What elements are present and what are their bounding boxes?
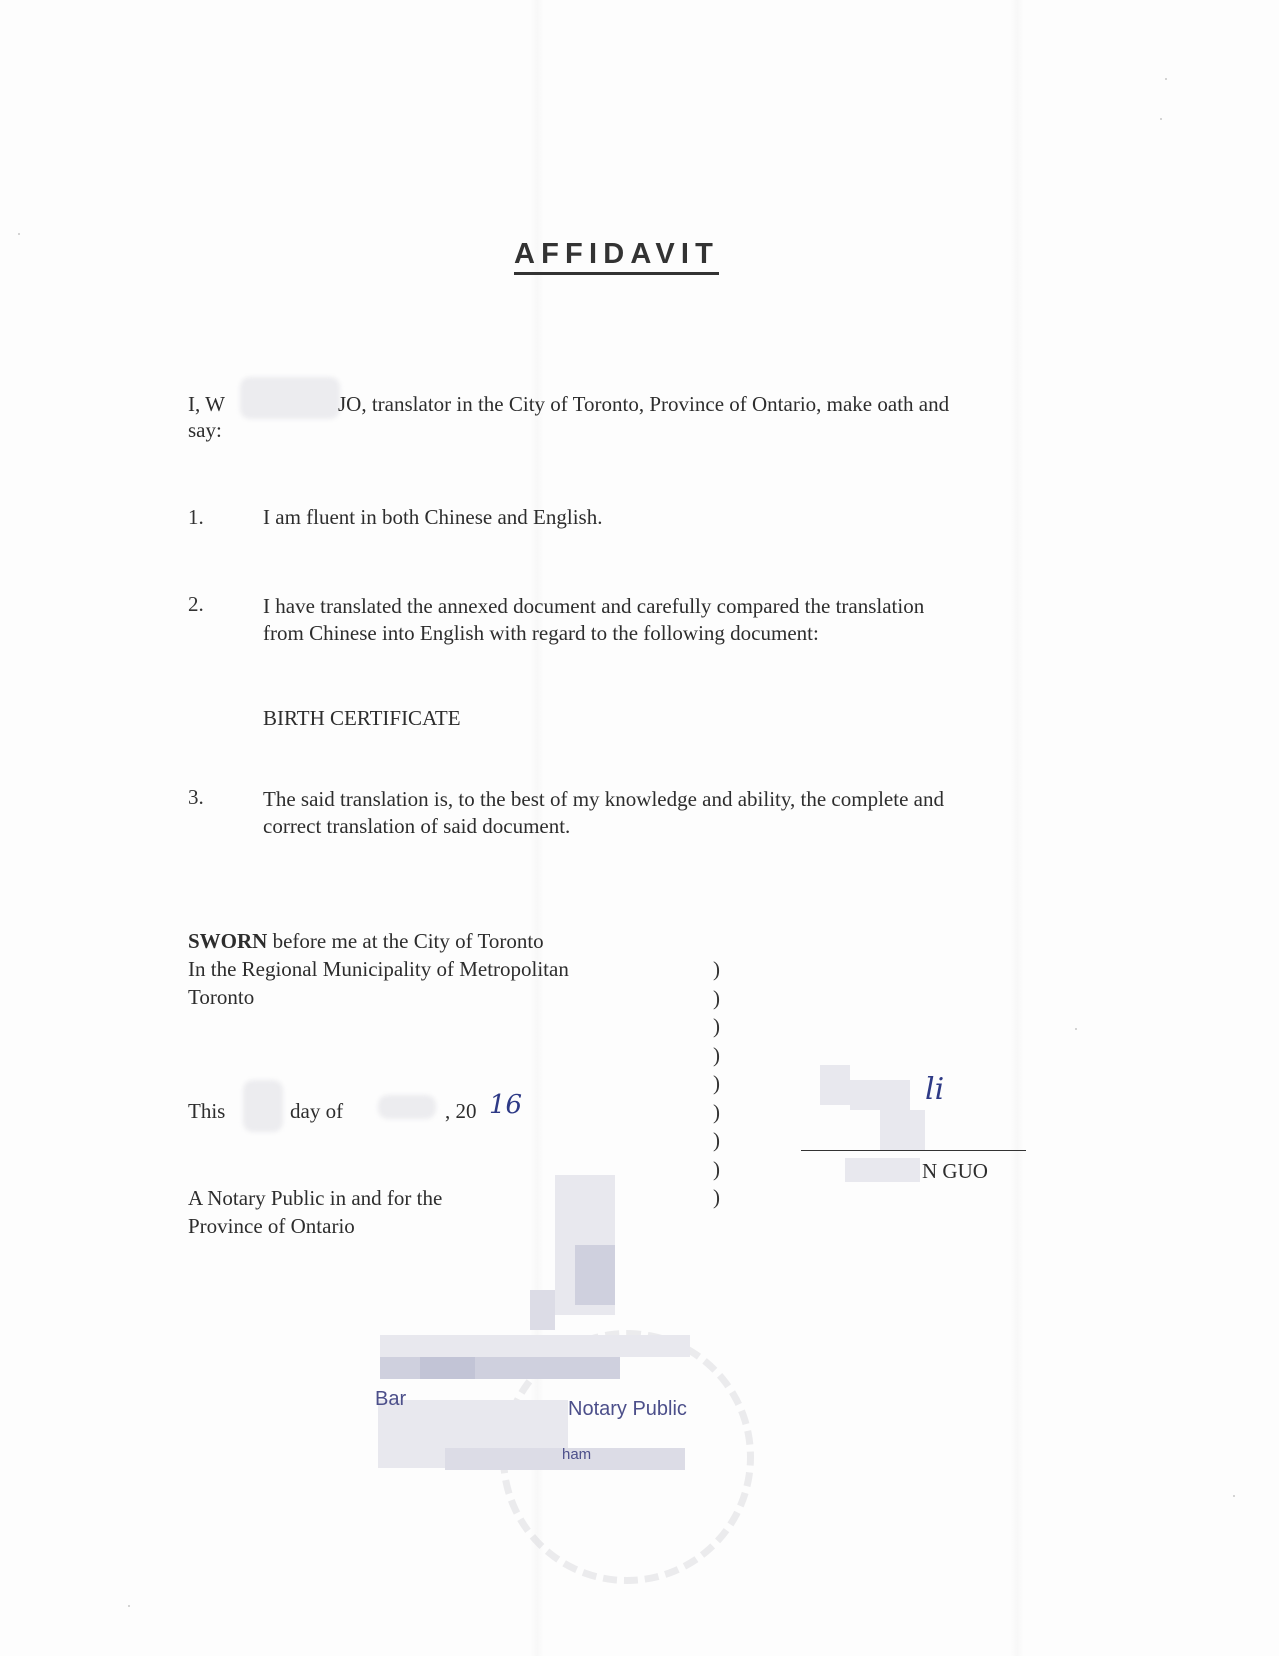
signer-name: N GUO xyxy=(922,1157,988,1185)
notary-line-1: A Notary Public in and for the xyxy=(188,1184,442,1212)
intro-continuation: say: xyxy=(188,416,222,444)
sworn-text: before me at the City of Toronto xyxy=(267,929,543,953)
affidavit-page: AFFIDAVIT I, W JO, translator in the Cit… xyxy=(0,0,1279,1656)
redacted-notary-signature xyxy=(530,1290,555,1330)
clause-text: The said translation is, to the best of … xyxy=(263,785,944,813)
jurat-parenthesis: ) xyxy=(713,1012,720,1040)
jurat-line-3: Toronto xyxy=(188,983,254,1011)
redacted-stamp-line xyxy=(380,1335,690,1357)
sworn-label: SWORN xyxy=(188,929,267,953)
handwritten-signature-fragment: li xyxy=(925,1072,944,1107)
redacted-signature xyxy=(880,1110,925,1150)
handwritten-year: 16 xyxy=(489,1090,522,1120)
scan-fold-mark xyxy=(1010,0,1024,1656)
redacted-translator-name xyxy=(240,377,340,419)
stamp-notary-public: Notary Public xyxy=(568,1398,687,1421)
clause-number: 3. xyxy=(188,783,204,811)
date-day-of: day of xyxy=(290,1097,343,1125)
intro-prefix: I, W xyxy=(188,390,225,418)
stamp-text-fragment: ham xyxy=(562,1446,591,1463)
clause-number: 2. xyxy=(188,590,204,618)
redacted-signature xyxy=(850,1080,910,1110)
scan-speck xyxy=(128,1605,130,1607)
redacted-notary-signature xyxy=(575,1245,615,1305)
redacted-signature xyxy=(820,1065,850,1105)
clause-text: I have translated the annexed document a… xyxy=(263,592,924,620)
jurat-parenthesis: ) xyxy=(713,1183,720,1211)
jurat-parenthesis: ) xyxy=(713,955,720,983)
redacted-stamp-line xyxy=(420,1357,475,1379)
date-this: This xyxy=(188,1097,225,1125)
redacted-month xyxy=(378,1095,436,1119)
signature-line xyxy=(801,1150,1026,1151)
translated-document-name: BIRTH CERTIFICATE xyxy=(263,704,461,732)
date-year-prefix: , 20 xyxy=(445,1097,477,1125)
clause-text: I am fluent in both Chinese and English. xyxy=(263,503,602,531)
clause-number: 1. xyxy=(188,503,204,531)
jurat-parenthesis: ) xyxy=(713,1126,720,1154)
clause-text: correct translation of said document. xyxy=(263,812,570,840)
stamp-text-fragment: Bar xyxy=(375,1388,406,1411)
jurat-parenthesis: ) xyxy=(713,1069,720,1097)
jurat-parenthesis: ) xyxy=(713,1155,720,1183)
jurat-parenthesis: ) xyxy=(713,1098,720,1126)
jurat-line-2: In the Regional Municipality of Metropol… xyxy=(188,955,569,983)
clause-text: from Chinese into English with regard to… xyxy=(263,619,819,647)
jurat-line-1: SWORN before me at the City of Toronto xyxy=(188,927,544,955)
redacted-day xyxy=(243,1080,283,1132)
scan-speck xyxy=(1075,1028,1077,1030)
intro-text: JO, translator in the City of Toronto, P… xyxy=(338,390,949,418)
jurat-parenthesis: ) xyxy=(713,1041,720,1069)
scan-speck xyxy=(18,233,20,235)
scan-speck xyxy=(1165,78,1167,80)
document-title: AFFIDAVIT xyxy=(514,238,719,275)
redacted-signer-name xyxy=(845,1158,920,1182)
jurat-parenthesis: ) xyxy=(713,984,720,1012)
notary-line-2: Province of Ontario xyxy=(188,1212,355,1240)
redacted-stamp-line xyxy=(380,1357,620,1379)
scan-speck xyxy=(1233,1495,1235,1497)
scan-speck xyxy=(1160,118,1162,120)
